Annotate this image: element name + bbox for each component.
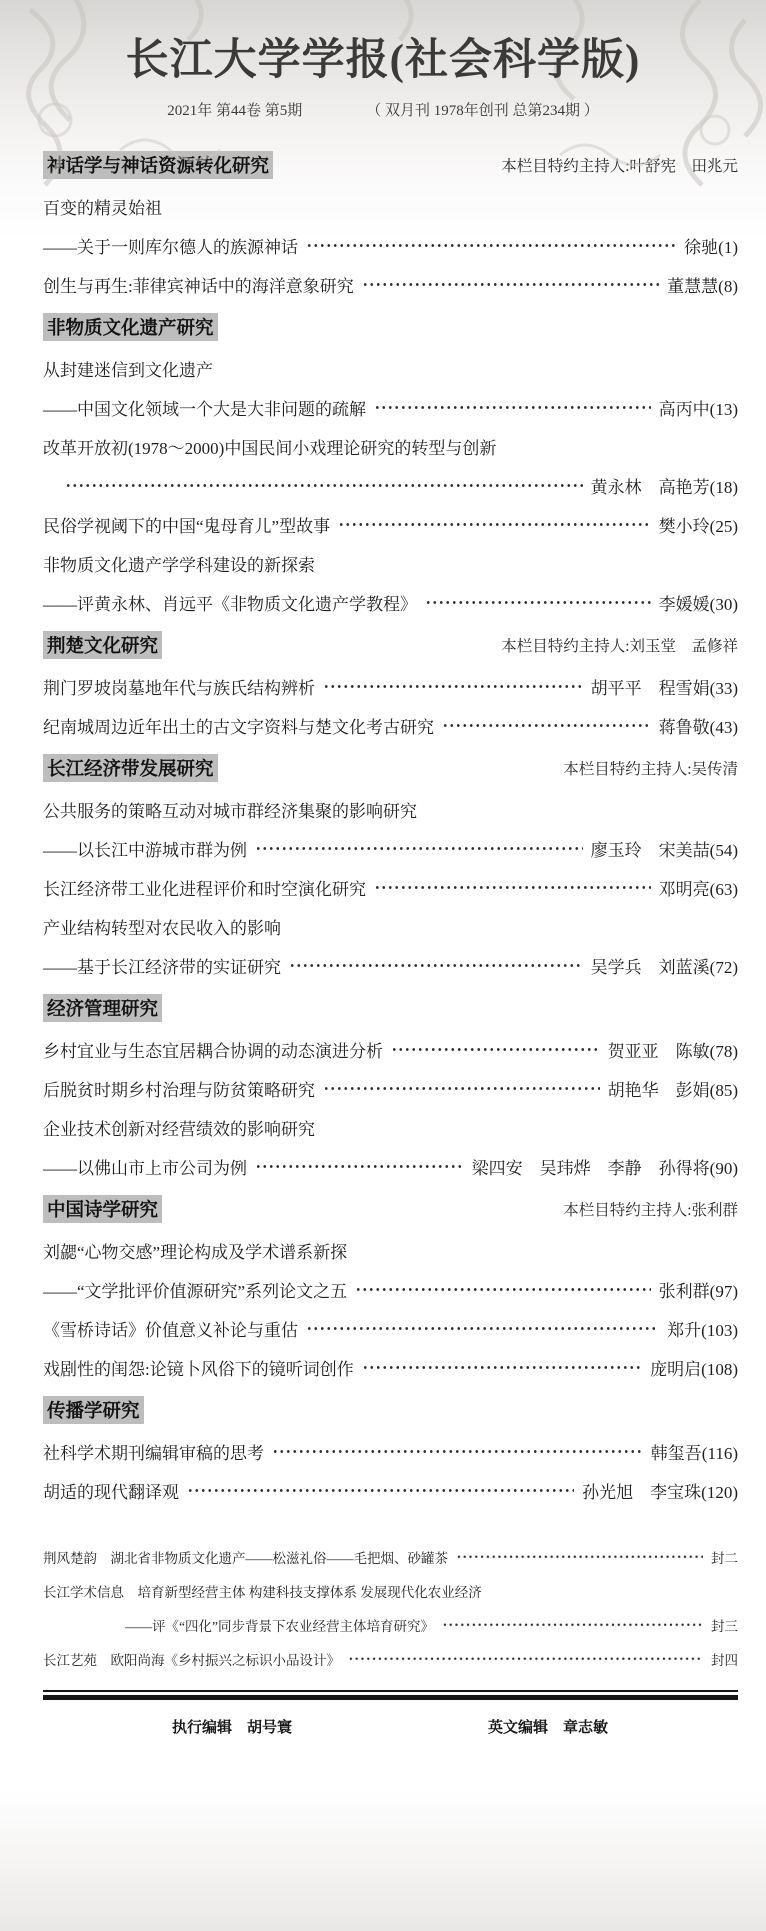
article-title: 非物质文化遗产学学科建设的新探索 [43, 551, 315, 576]
article-ref: 封三 [711, 1615, 738, 1635]
article-title: 《雪桥诗话》价值意义补论与重估 [43, 1316, 298, 1341]
article-title: 长江艺苑 欧阳尚海《乡村振兴之标识小品设计》 [43, 1649, 340, 1669]
article-ref: 郑升(103) [667, 1316, 738, 1341]
article-title: 长江经济带工业化进程评价和时空演化研究 [43, 875, 366, 900]
article-title: ——评黄永林、肖远平《非物质文化遗产学教程》 [43, 590, 417, 615]
dot-leader [456, 1550, 703, 1564]
article-ref: 胡艳华 彭娟(85) [608, 1076, 738, 1101]
toc-entry: ——“文学批评价值源研究”系列论文之五张利群(97) [43, 1270, 738, 1309]
article-ref: 樊小玲(25) [659, 512, 738, 537]
section-header: 传播学研究 [43, 1387, 738, 1432]
section-title: 非物质文化遗产研究 [43, 313, 218, 341]
toc-entry: ——以长江中游城市群为例廖玉玲 宋美喆(54) [43, 829, 738, 868]
toc-entry: 创生与再生:菲律宾神话中的海洋意象研究董慧慧(8) [43, 265, 738, 304]
dot-leader [391, 1041, 600, 1058]
toc-entry: 产业结构转型对农民收入的影响 [43, 907, 738, 946]
article-ref: 贺亚亚 陈敏(78) [608, 1037, 738, 1062]
article-ref: 封四 [711, 1649, 738, 1669]
toc-entry: 公共服务的策略互动对城市群经济集聚的影响研究 [43, 790, 738, 829]
article-title: 从封建迷信到文化遗产 [43, 356, 213, 381]
toc-entry: ——基于长江经济带的实证研究吴学兵 刘蓝溪(72) [43, 946, 738, 985]
article-ref: 邓明亮(63) [659, 875, 738, 900]
section-header: 非物质文化遗产研究 [43, 304, 738, 349]
article-title: ——“文学批评价值源研究”系列论文之五 [43, 1277, 347, 1302]
article-ref: 李媛媛(30) [659, 590, 738, 615]
journal-title: 长江大学学报(社会科学版) [0, 26, 766, 87]
toc-entry: ——评黄永林、肖远平《非物质文化遗产学教程》李媛媛(30) [43, 583, 738, 622]
dot-leader [348, 1652, 703, 1666]
issue-volume-label: 2021年 第44卷 第5期 [167, 99, 302, 120]
article-ref: 董慧慧(8) [667, 272, 738, 297]
toc-entry: 荆门罗坡岗墓地年代与族氏结构辨析胡平平 程雪娟(33) [43, 667, 738, 706]
cover-items-list: 荆风楚韵 湖北省非物质文化遗产——松滋礼俗——毛把烟、砂罐茶封二长江学术信息 培… [0, 1510, 766, 1676]
dot-leader [362, 276, 659, 293]
section-host: 本栏目特约主持人:吴传清 [563, 757, 738, 779]
dot-leader [306, 237, 676, 254]
toc-entry: 百变的精灵始祖 [43, 187, 738, 226]
article-title: 改革开放初(1978～2000)中国民间小戏理论研究的转型与创新 [43, 434, 496, 459]
toc-entry: ——以佛山市上市公司为例梁四安 吴玮烨 李静 孙得将(90) [43, 1147, 738, 1186]
article-ref: 高丙中(13) [659, 395, 738, 420]
toc-entry: ——评《“四化”同步背景下农业经营主体培育研究》封三 [43, 1608, 738, 1642]
article-ref: 封二 [711, 1547, 738, 1567]
article-title: ——以长江中游城市群为例 [43, 836, 247, 861]
article-title: 长江学术信息 培育新型经营主体 构建科技支撑体系 发展现代化农业经济 [43, 1581, 482, 1601]
toc-entry: 民俗学视阈下的中国“鬼母育儿”型故事樊小玲(25) [43, 505, 738, 544]
dot-leader [442, 717, 651, 734]
dot-leader [65, 477, 583, 494]
article-ref: 蒋鲁敬(43) [659, 713, 738, 738]
dot-leader [272, 1443, 643, 1460]
section-title: 神话学与神话资源转化研究 [43, 151, 273, 179]
article-title: 纪南城周边近年出土的古文字资料与楚文化考古研究 [43, 713, 434, 738]
issue-info: 2021年 第44卷 第5期 （ 双月刊 1978年创刊 总第234期 ） [0, 99, 766, 120]
toc-entry: 胡适的现代翻译观孙光旭 李宝珠(120) [43, 1471, 738, 1510]
article-title: 刘勰“心物交感”理论构成及学术谱系新探 [43, 1238, 347, 1263]
divider-rule-thick [43, 1695, 738, 1700]
article-title: 百变的精灵始祖 [43, 194, 162, 219]
article-title: 民俗学视阈下的中国“鬼母育儿”型故事 [43, 512, 330, 537]
toc-entry: 企业技术创新对经营绩效的影响研究 [43, 1108, 738, 1147]
dot-leader [255, 840, 583, 857]
article-ref: 庞明启(108) [650, 1355, 738, 1380]
article-title: 胡适的现代翻译观 [43, 1478, 179, 1503]
dot-leader [255, 1158, 464, 1175]
toc-entry: 从封建迷信到文化遗产 [43, 349, 738, 388]
article-ref: 孙光旭 李宝珠(120) [582, 1478, 738, 1503]
article-title: 企业技术创新对经营绩效的影响研究 [43, 1115, 315, 1140]
article-title: 社科学术期刊编辑审稿的思考 [43, 1439, 264, 1464]
section-header: 经济管理研究 [43, 985, 738, 1030]
section-header: 神话学与神话资源转化研究本栏目特约主持人:叶舒宪 田兆元 [43, 142, 738, 187]
journal-toc-page: 长江大学学报(社会科学版) 2021年 第44卷 第5期 （ 双月刊 1978年… [0, 0, 766, 1931]
article-ref: 吴学兵 刘蓝溪(72) [591, 953, 738, 978]
dot-leader [338, 516, 651, 533]
dot-leader [425, 594, 651, 611]
toc-entry: 纪南城周边近年出土的古文字资料与楚文化考古研究蒋鲁敬(43) [43, 706, 738, 745]
article-title: ——中国文化领域一个大是大非问题的疏解 [43, 395, 366, 420]
dot-leader [323, 678, 583, 695]
article-title: ——基于长江经济带的实证研究 [43, 953, 281, 978]
toc-entry: 后脱贫时期乡村治理与防贫策略研究胡艳华 彭娟(85) [43, 1069, 738, 1108]
toc-entry: 改革开放初(1978～2000)中国民间小戏理论研究的转型与创新 [43, 427, 738, 466]
toc-entry: 刘勰“心物交感”理论构成及学术谱系新探 [43, 1231, 738, 1270]
article-title: 戏剧性的闺怨:论镜卜风俗下的镜听词创作 [43, 1355, 354, 1380]
article-title: 后脱贫时期乡村治理与防贫策略研究 [43, 1076, 315, 1101]
toc-entry: ——中国文化领域一个大是大非问题的疏解高丙中(13) [43, 388, 738, 427]
article-title: 乡村宜业与生态宜居耦合协调的动态演进分析 [43, 1037, 383, 1062]
dot-leader [306, 1320, 659, 1337]
section-title: 经济管理研究 [43, 994, 162, 1022]
toc-entry: 荆风楚韵 湖北省非物质文化遗产——松滋礼俗——毛把烟、砂罐茶封二 [43, 1540, 738, 1574]
toc-entry: ——关于一则库尔德人的族源神话徐驰(1) [43, 226, 738, 265]
section-title: 荆楚文化研究 [43, 631, 162, 659]
divider-rule [43, 1690, 738, 1700]
article-title: ——关于一则库尔德人的族源神话 [43, 233, 298, 258]
article-title: 荆风楚韵 湖北省非物质文化遗产——松滋礼俗——毛把烟、砂罐茶 [43, 1547, 448, 1567]
toc-entry: 《雪桥诗话》价值意义补论与重估郑升(103) [43, 1309, 738, 1348]
article-ref: 梁四安 吴玮烨 李静 孙得将(90) [472, 1154, 738, 1179]
dot-leader [362, 1359, 642, 1376]
section-title: 传播学研究 [43, 1396, 144, 1424]
toc-entry: 社科学术期刊编辑审稿的思考韩玺吾(116) [43, 1432, 738, 1471]
section-host: 本栏目特约主持人:刘玉堂 孟修祥 [501, 634, 738, 656]
section-host: 本栏目特约主持人:叶舒宪 田兆元 [501, 154, 738, 176]
article-title: 创生与再生:菲律宾神话中的海洋意象研究 [43, 272, 354, 297]
article-title: 产业结构转型对农民收入的影响 [43, 914, 281, 939]
dot-leader [442, 1618, 703, 1632]
article-ref: 廖玉玲 宋美喆(54) [591, 836, 738, 861]
toc-entry: 黄永林 高艳芳(18) [43, 466, 738, 505]
dot-leader [323, 1080, 600, 1097]
toc-entry: 乡村宜业与生态宜居耦合协调的动态演进分析贺亚亚 陈敏(78) [43, 1030, 738, 1069]
toc-entry: 长江学术信息 培育新型经营主体 构建科技支撑体系 发展现代化农业经济 [43, 1574, 738, 1608]
toc-entry: 非物质文化遗产学学科建设的新探索 [43, 544, 738, 583]
toc-entry: 戏剧性的闺怨:论镜卜风俗下的镜听词创作庞明启(108) [43, 1348, 738, 1387]
article-ref: 黄永林 高艳芳(18) [591, 473, 738, 498]
section-title: 长江经济带发展研究 [43, 754, 218, 782]
section-header: 长江经济带发展研究本栏目特约主持人:吴传清 [43, 745, 738, 790]
divider-rule-thin [43, 1690, 738, 1692]
article-title: ——以佛山市上市公司为例 [43, 1154, 247, 1179]
toc-entry: 长江艺苑 欧阳尚海《乡村振兴之标识小品设计》封四 [43, 1642, 738, 1676]
article-ref: 胡平平 程雪娟(33) [591, 674, 738, 699]
article-title: ——评《“四化”同步背景下农业经营主体培育研究》 [125, 1615, 434, 1635]
article-ref: 徐驰(1) [684, 233, 738, 258]
dot-leader [374, 879, 651, 896]
dot-leader [289, 957, 583, 974]
executive-editor-label: 执行编辑 胡号寰 [172, 1716, 292, 1737]
toc-entry: 长江经济带工业化进程评价和时空演化研究邓明亮(63) [43, 868, 738, 907]
english-editor-label: 英文编辑 章志敏 [488, 1716, 608, 1737]
section-host: 本栏目特约主持人:张利群 [563, 1198, 738, 1220]
issue-frequency-label: （ 双月刊 1978年创刊 总第234期 ） [366, 99, 599, 120]
dot-leader [374, 399, 651, 416]
dot-leader [187, 1482, 574, 1499]
article-title: 公共服务的策略互动对城市群经济集聚的影响研究 [43, 797, 417, 822]
table-of-contents: 神话学与神话资源转化研究本栏目特约主持人:叶舒宪 田兆元百变的精灵始祖——关于一… [0, 120, 766, 1510]
article-title: 荆门罗坡岗墓地年代与族氏结构辨析 [43, 674, 315, 699]
dot-leader [355, 1281, 651, 1298]
editors-row: 执行编辑 胡号寰 英文编辑 章志敏 [0, 1716, 766, 1737]
section-title: 中国诗学研究 [43, 1195, 162, 1223]
masthead: 长江大学学报(社会科学版) 2021年 第44卷 第5期 （ 双月刊 1978年… [0, 0, 766, 120]
article-ref: 韩玺吾(116) [651, 1439, 738, 1464]
article-ref: 张利群(97) [659, 1277, 738, 1302]
section-header: 中国诗学研究本栏目特约主持人:张利群 [43, 1186, 738, 1231]
section-header: 荆楚文化研究本栏目特约主持人:刘玉堂 孟修祥 [43, 622, 738, 667]
